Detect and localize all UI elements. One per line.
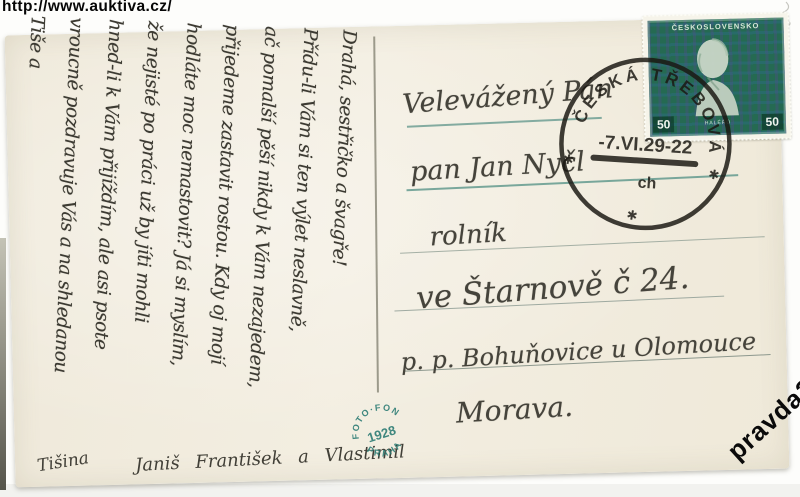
- postcard: Drahá, sestřičko a švagře! Přídu-li Vám …: [5, 17, 790, 488]
- postmark-date-text: -7.VI.29-22: [598, 132, 693, 159]
- scanned-postcard-image: Drahá, sestřičko a švagře! Přídu-li Vám …: [0, 0, 800, 497]
- address-line-occupation: rolník: [429, 218, 508, 253]
- postmark-star: ✱: [625, 207, 639, 224]
- stamp-value-right: 50: [761, 114, 783, 131]
- fotofon-year-text: 1928: [366, 422, 398, 445]
- postmark-star: ✱: [562, 151, 576, 168]
- address-line-house: ve Štarnově č 24.: [415, 260, 691, 317]
- scan-background-strip: [0, 484, 800, 497]
- signature-prefix: Tišina: [36, 448, 91, 476]
- address-divider-line: [373, 37, 378, 393]
- auction-site-watermark: http://www.auktiva.cz/: [2, 0, 172, 16]
- postmark-letter-text: ch: [637, 175, 657, 193]
- handwritten-message: Drahá, sestřičko a švagře! Přídu-li Vám …: [0, 14, 369, 454]
- photographer-stamp-fotofon: FOTO·FON PRAHA 1928: [346, 398, 418, 470]
- postmark-ceska-trebova: ČESKÁ TŘEBOVÁ -7.VI.29-22 ch ✱ ✱ ✱: [553, 52, 737, 236]
- address-line-region: Morava.: [455, 390, 574, 430]
- address-line-post-office: p. p. Bohuňovice u Olomouce: [400, 327, 757, 376]
